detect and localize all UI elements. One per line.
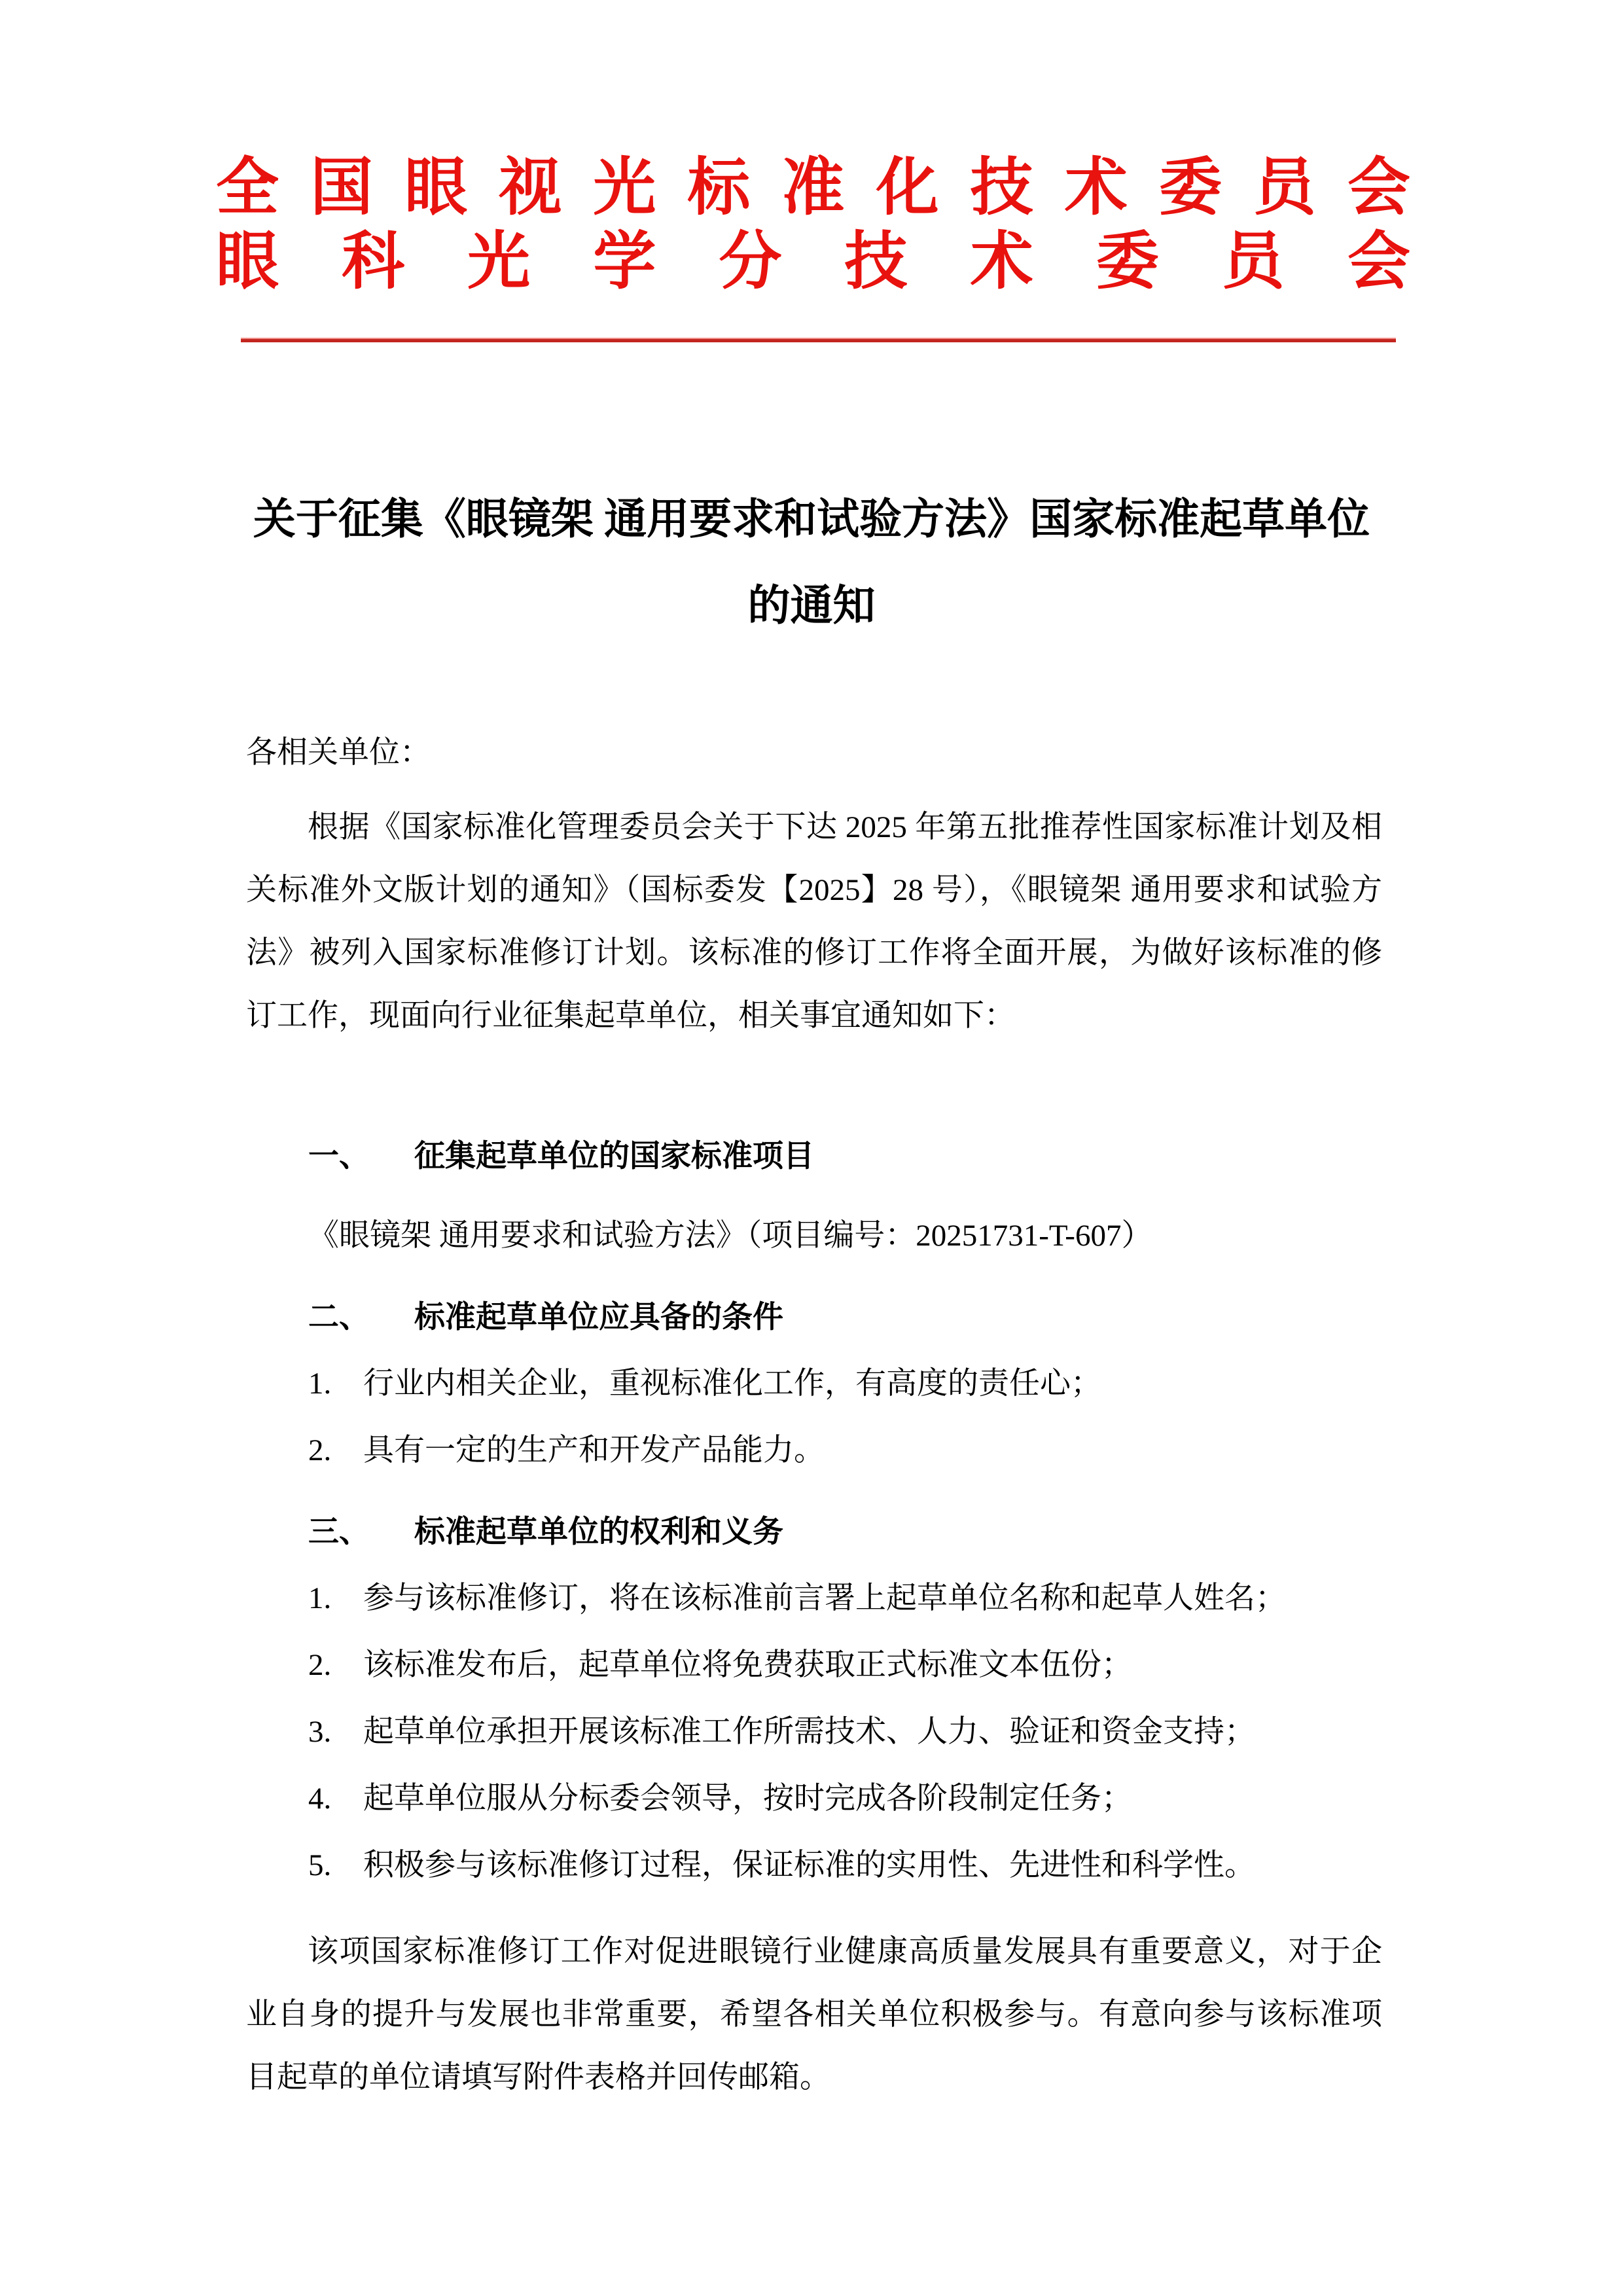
- list-item: 2.具有一定的生产和开发产品能力。: [308, 1419, 1382, 1482]
- section-2-title: 标准起草单位应具备的条件: [414, 1299, 783, 1334]
- document-title: 关于征集《眼镜架 通用要求和试验方法》国家标准起草单位 的通知: [0, 476, 1623, 649]
- list-item: 4.起草单位服从分标委会领导，按时完成各阶段制定任务；: [308, 1767, 1382, 1830]
- document-title-line-1: 关于征集《眼镜架 通用要求和试验方法》国家标准起草单位: [0, 476, 1623, 563]
- list-item-number: 1.: [308, 1352, 336, 1415]
- document-page: 全国眼视光标准化技术委员会 眼科光学分技术委员会 关于征集《眼镜架 通用要求和试…: [0, 0, 1623, 2296]
- letterhead-line-2: 眼科光学分技术委员会: [216, 224, 1410, 298]
- section-heading-3: 三、标准起草单位的权利和义务: [308, 1500, 1382, 1563]
- list-item-text: 行业内相关企业，重视标准化工作，有高度的责任心；: [363, 1367, 1101, 1401]
- red-divider-line: [241, 338, 1396, 342]
- letterhead: 全国眼视光标准化技术委员会 眼科光学分技术委员会: [216, 151, 1410, 298]
- section-1-content: 《眼镜架 通用要求和试验方法》（项目编号：20251731-T-607）: [308, 1204, 1382, 1267]
- list-item: 1.参与该标准修订，将在该标准前言署上起草单位名称和起草人姓名；: [308, 1567, 1382, 1630]
- section-3-title: 标准起草单位的权利和义务: [414, 1514, 783, 1549]
- section-heading-1: 一、征集起草单位的国家标准项目: [308, 1124, 1382, 1187]
- list-item-number: 2.: [308, 1634, 336, 1696]
- list-item-number: 2.: [308, 1419, 336, 1482]
- section-1-title: 征集起草单位的国家标准项目: [414, 1138, 814, 1173]
- section-heading-2: 二、标准起草单位应具备的条件: [308, 1285, 1382, 1348]
- list-item: 3.起草单位承担开展该标准工作所需技术、人力、验证和资金支持；: [308, 1700, 1382, 1763]
- intro-paragraph: 根据《国家标准化管理委员会关于下达 2025 年第五批推荐性国家标准计划及相关标…: [246, 796, 1382, 1047]
- list-item-text: 参与该标准修订，将在该标准前言署上起草单位名称和起草人姓名；: [363, 1581, 1286, 1615]
- list-item-text: 起草单位承担开展该标准工作所需技术、人力、验证和资金支持；: [363, 1715, 1255, 1749]
- list-item-number: 4.: [308, 1767, 336, 1830]
- document-body: 各相关单位： 根据《国家标准化管理委员会关于下达 2025 年第五批推荐性国家标…: [246, 721, 1382, 2109]
- list-item-number: 5.: [308, 1834, 336, 1897]
- list-item-text: 该标准发布后，起草单位将免费获取正式标准文本伍份；: [363, 1648, 1132, 1682]
- list-item-text: 积极参与该标准修订过程，保证标准的实用性、先进性和科学性。: [363, 1848, 1255, 1882]
- letterhead-line-1: 全国眼视光标准化技术委员会: [216, 151, 1410, 224]
- salutation: 各相关单位：: [246, 721, 1382, 784]
- section-1-number: 一、: [308, 1138, 370, 1173]
- closing-paragraph: 该项国家标准修订工作对促进眼镜行业健康高质量发展具有重要意义，对于企业自身的提升…: [246, 1920, 1382, 2109]
- section-2-number: 二、: [308, 1299, 370, 1334]
- list-item-text: 起草单位服从分标委会领导，按时完成各阶段制定任务；: [363, 1782, 1132, 1816]
- list-item-number: 1.: [308, 1567, 336, 1630]
- section-3-number: 三、: [308, 1514, 370, 1549]
- list-item-number: 3.: [308, 1700, 336, 1763]
- list-item: 2.该标准发布后，起草单位将免费获取正式标准文本伍份；: [308, 1634, 1382, 1696]
- list-item: 5.积极参与该标准修订过程，保证标准的实用性、先进性和科学性。: [308, 1834, 1382, 1897]
- list-item: 1.行业内相关企业，重视标准化工作，有高度的责任心；: [308, 1352, 1382, 1415]
- list-item-text: 具有一定的生产和开发产品能力。: [363, 1433, 825, 1467]
- document-title-line-2: 的通知: [0, 563, 1623, 649]
